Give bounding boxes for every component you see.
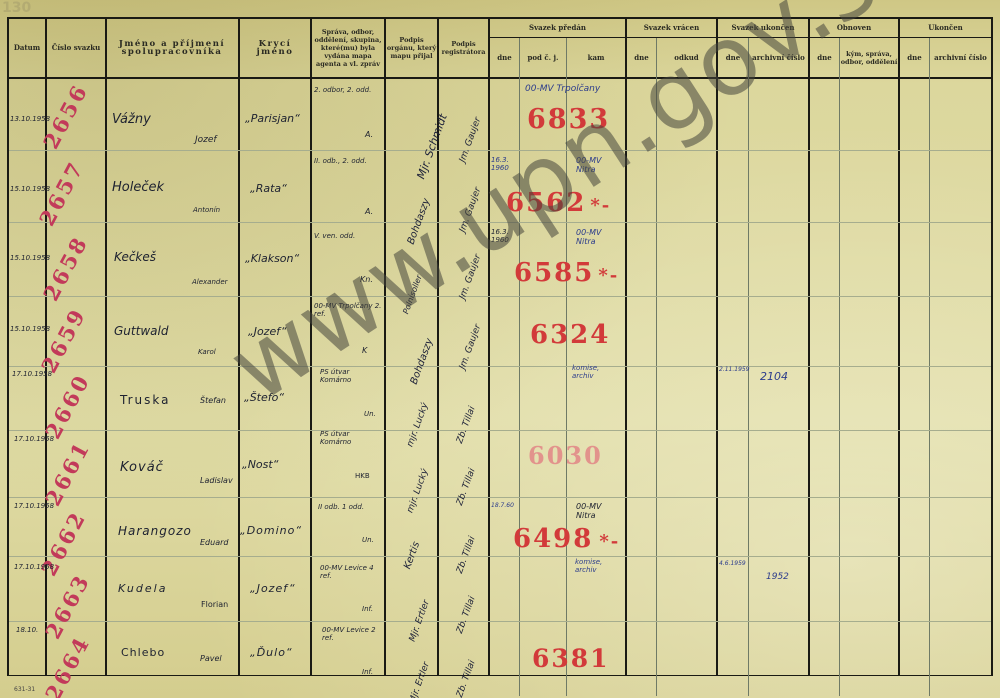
page-number: 130 (2, 0, 31, 16)
col-border (566, 38, 567, 696)
row-ukoncen-dne: 2.11.1959 (719, 366, 750, 373)
row-kryci-jmeno: „Ďulo“ (250, 646, 293, 659)
row-prijmeni: Kečkeš (114, 250, 156, 264)
col-border (656, 38, 657, 696)
col-border (238, 17, 240, 675)
row-prijmeni: Kováč (120, 460, 164, 475)
header-ukoncen-archivni-cislo: archivní číslo (749, 38, 808, 77)
row-jmeno: Antonín (193, 206, 220, 214)
row-datum: 13.10.1958 (10, 115, 50, 123)
row-podpis-registratora: Zb. Tillai (455, 405, 478, 445)
row-datum: 17.10.1958 (14, 563, 42, 571)
row-kryci-jmeno: „Štefo“ (244, 391, 284, 404)
header-svazek-predan: Svazek předán (490, 19, 625, 37)
row-podpis-registratora: Jm. Gaujer (458, 186, 483, 234)
header-vracen-odkud: odkud (657, 38, 716, 77)
row-kryci-jmeno: „Domino“ (240, 524, 302, 537)
row-podpis-registratora: Zb. Tillai (455, 659, 478, 698)
row-podpis-registratora: Jm. Gaujer (458, 116, 483, 164)
row-sprava: V. ven. odd. (314, 232, 355, 240)
row-ukoncen-archivni-cislo: 2104 (760, 370, 788, 383)
row-datum: 15.10.1958 (10, 185, 50, 193)
header-podpis-organu: Podpis orgánu, který mapu přijal (386, 19, 437, 77)
row-svazek-number: 2663 (40, 569, 95, 643)
row-predan-kam: 00-MV Nitra (576, 228, 616, 246)
row-sprava: PS útvar Komárno (320, 368, 370, 384)
row-predan-dne: 16.3. 1960 (491, 228, 517, 244)
row-datum: 17.10.1958 (14, 502, 42, 510)
row-separator (9, 497, 991, 498)
row-sprava-code: Kn. (360, 275, 373, 284)
row-jmeno: Pavel (200, 654, 222, 663)
row-stamp-number: 6498*- (513, 524, 620, 554)
header-jmeno: Jméno a příjmení spolupracovníka (110, 19, 234, 77)
row-sprava-code: Un. (362, 536, 374, 544)
header-datum: Datum (9, 19, 45, 77)
row-separator (9, 222, 991, 223)
col-border (488, 17, 490, 675)
row-sprava-code: A. (365, 207, 373, 216)
row-kryci-jmeno: „Nost“ (242, 458, 278, 471)
row-prijmeni: Vážny (112, 112, 151, 127)
row-podpis-organu: mjr. Lucký (405, 402, 430, 449)
row-predan-kam: 00-MV Nitra (576, 502, 616, 520)
row-podpis-registratora: Jm. Gaujer (458, 253, 483, 301)
row-stamp-number: 6562*- (506, 188, 611, 218)
table-bottom-border (7, 675, 993, 676)
row-kryci-jmeno: „Parisjan“ (245, 112, 300, 125)
row-stamp-number: 6324 (530, 320, 610, 350)
row-stamp-number: 6030 (528, 441, 603, 470)
header-cislo-svazku: Číslo svazku (47, 19, 105, 77)
header-predan-dne: dne (490, 38, 519, 77)
col-border (839, 38, 840, 696)
row-predan-kam: 00-MV Nitra (576, 156, 616, 174)
header-ukoncen-final-dne: dne (900, 38, 929, 77)
row-separator (9, 621, 991, 622)
row-predan-dne: 18.7.60 (491, 502, 514, 509)
form-code: 631-31 (14, 686, 35, 693)
row-predan-dne: 16.3. 1960 (491, 156, 517, 172)
col-border (898, 17, 900, 675)
row-sprava: 00-MV Levice 2 ref. (322, 626, 380, 642)
header-vracen-dne: dne (627, 38, 656, 77)
row-separator (9, 296, 991, 297)
row-sprava: 00-MV Levice 4 ref. (320, 564, 380, 580)
row-jmeno: Ladislav (200, 476, 233, 485)
row-sprava: II odb. 1 odd. (318, 503, 364, 511)
row-kryci-jmeno: „Jozef“ (250, 582, 296, 595)
header-ukoncen-final: Ukončen (900, 19, 991, 37)
row-predan-kam: 00-MV Trpolčany (525, 84, 600, 94)
row-jmeno: Florian (201, 600, 228, 609)
row-predan-kam: komise, archiv (572, 364, 622, 380)
row-datum: 15.10.1958 (10, 325, 50, 333)
row-jmeno: Alexander (192, 278, 228, 286)
row-jmeno: Jozef (195, 135, 217, 145)
row-svazek-number: 2660 (40, 369, 95, 443)
row-kryci-jmeno: „Jozef“ (248, 325, 287, 338)
row-sprava-code: Inf. (362, 668, 373, 676)
col-border (808, 17, 810, 675)
row-separator (9, 366, 991, 367)
col-border (105, 17, 107, 675)
row-podpis-registratora: Jm. Gaujer (458, 323, 483, 371)
row-sprava: 00-MV Trpolčany 2. ref. (314, 302, 382, 318)
row-sprava-code: A. (365, 130, 373, 139)
row-separator (9, 430, 991, 431)
col-border (625, 17, 627, 675)
col-border (991, 17, 993, 675)
header-bottom-border (7, 77, 993, 79)
row-sprava-code: HKB (355, 472, 370, 480)
row-separator (9, 556, 991, 557)
header-ukoncen-dne: dne (718, 38, 748, 77)
row-podpis-registratora: Zb. Tillai (455, 595, 478, 635)
row-kryci-jmeno: „Rata“ (250, 182, 287, 195)
header-obnoven-dne: dne (810, 38, 839, 77)
row-podpis-organu: mjr. Lucký (405, 468, 430, 515)
header-predan-pod-cj: pod č. j. (520, 38, 566, 77)
row-datum: 15.10.1958 (10, 254, 50, 262)
row-jmeno: Štefan (200, 396, 226, 405)
row-prijmeni: Guttwald (114, 324, 168, 338)
row-svazek-number: 2657 (34, 156, 89, 230)
col-border (7, 17, 9, 675)
header-obnoven-kym: kým, správa, odbor, oddělení (840, 38, 898, 77)
registry-page: 130 Datum Číslo svazku Jméno a příjmení … (0, 0, 1000, 698)
col-border (384, 17, 386, 675)
row-ukoncen-archivni-cislo: 1952 (766, 572, 789, 582)
row-prijmeni: Holeček (112, 180, 164, 195)
row-datum: 17.10.1958 (12, 370, 42, 378)
row-sprava: PS útvar Komárno (320, 430, 370, 446)
col-border (929, 38, 930, 696)
row-podpis-registratora: Zb. Tillai (455, 535, 478, 575)
row-datum: 17.10.1958 (14, 435, 42, 443)
row-sprava-code: Un. (364, 410, 376, 418)
row-sprava-code: Inf. (362, 605, 373, 613)
row-sprava: 2. odbor, 2. odd. (314, 86, 371, 94)
header-predan-kam: kam (567, 38, 625, 77)
row-jmeno: Eduard (200, 538, 228, 547)
row-datum: 18.10. (16, 626, 38, 634)
col-border (716, 17, 718, 675)
row-jmeno: Karol (198, 348, 216, 356)
row-svazek-number: 2661 (40, 436, 95, 510)
row-prijmeni: Harangozo (118, 524, 192, 538)
row-stamp-number: 6833 (527, 104, 610, 135)
header-svazek-vracen: Svazek vrácen (627, 19, 716, 37)
row-ukoncen-dne: 4.6.1959 (719, 560, 746, 567)
row-prijmeni: Chlebo (121, 646, 165, 659)
row-stamp-number: 6381 (532, 644, 610, 673)
col-border (310, 17, 312, 675)
header-podpis-registratora: Podpis registrátora (439, 19, 488, 77)
header-svazek-ukoncen: Svazek ukončen (718, 19, 808, 37)
row-prijmeni: Kudela (118, 582, 167, 595)
row-kryci-jmeno: „Klakson“ (245, 252, 299, 265)
row-svazek-number: 2664 (40, 631, 95, 698)
header-kryci-jmeno: Krycí jméno (240, 19, 310, 77)
row-prijmeni: Truska (120, 393, 170, 407)
col-border (519, 38, 520, 696)
row-sprava: II. odb., 2. odd. (314, 157, 367, 165)
row-predan-kam: komise, archiv (575, 558, 623, 574)
row-sprava-code: K (362, 346, 367, 355)
row-podpis-organu: Mjr. Ertler (408, 661, 432, 698)
header-sprava: Správa, odbor, oddělení, skupina, které(… (312, 19, 384, 77)
header-ukoncen-final-archivni-cislo: archivní číslo (930, 38, 991, 77)
row-separator (9, 150, 991, 151)
row-podpis-organu: Bohdaszy (409, 337, 436, 386)
row-podpis-organu: Polnísoller (401, 274, 423, 316)
row-stamp-number: 6585*- (514, 258, 619, 288)
row-podpis-registratora: Zb. Tillai (455, 467, 478, 507)
header-obnoven: Obnoven (810, 19, 898, 37)
row-podpis-organu: Mjr. Schmidt (414, 112, 450, 180)
